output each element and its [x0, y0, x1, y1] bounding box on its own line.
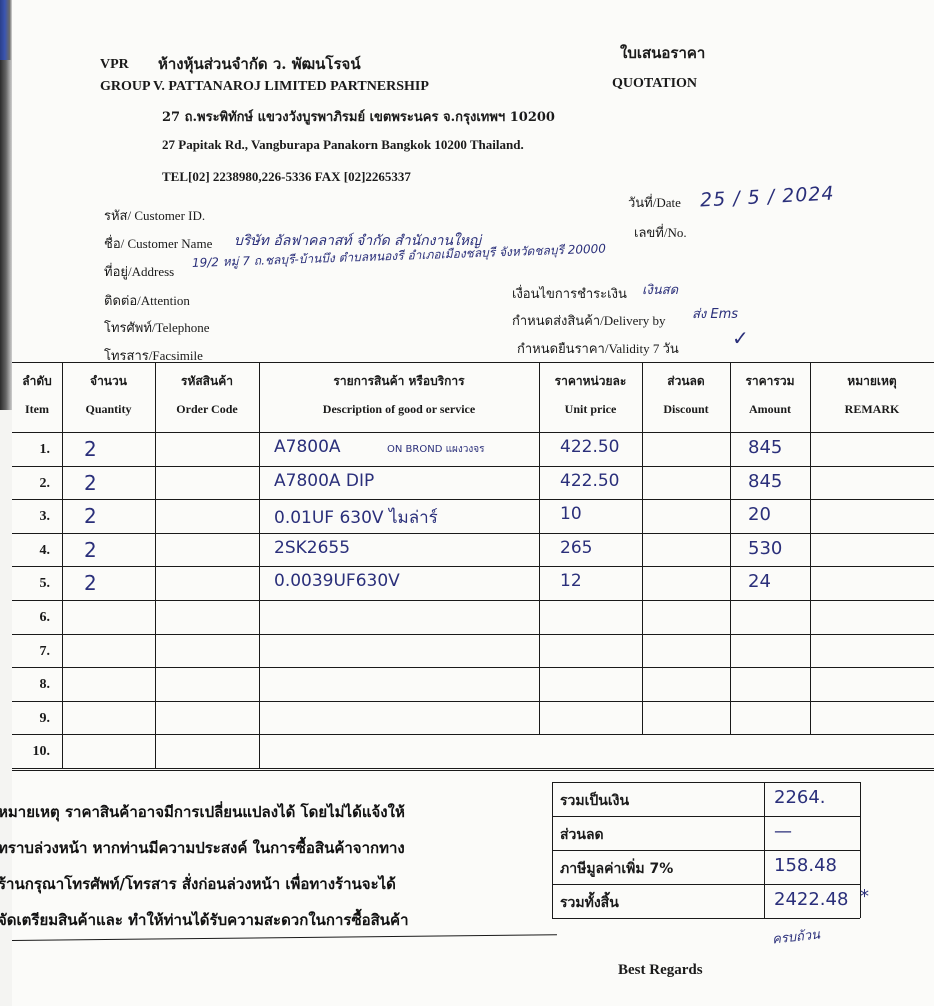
column-header-en: Discount — [642, 402, 730, 417]
row-amount: 845 — [748, 471, 782, 492]
row-amount: 530 — [748, 538, 782, 559]
row-description: A7800A DIP — [274, 471, 374, 491]
row-item-number: 3. — [0, 509, 50, 525]
payment-label: เงื่อนไขการชำระเงิน — [512, 283, 627, 304]
table-row-border — [12, 768, 934, 769]
attention-label: ติดต่อ/Attention — [104, 290, 190, 311]
date-value: 25 / 5 / 2024 — [700, 182, 836, 211]
note-line: ทราบล่วงหน้า หากท่านมีความประสงค์ ในการซ… — [0, 836, 405, 860]
scan-edge — [0, 0, 12, 410]
row-item-number: 6. — [0, 610, 50, 626]
summary-split-border — [764, 782, 765, 918]
column-header-th: ราคารวม — [730, 372, 810, 391]
company-address-th: 27 ถ.พระพิทักษ์ แขวงวังบูรพาภิรมย์ เขตพร… — [162, 106, 555, 127]
company-name-th: ห้างหุ้นส่วนจำกัด ว. พัฒนโรจน์ — [158, 52, 361, 76]
table-row — [12, 499, 934, 533]
row-quantity: 2 — [84, 571, 97, 595]
row-item-number: 10. — [0, 744, 50, 760]
document-title-th: ใบเสนอราคา — [620, 41, 705, 65]
row-description: 0.01UF 630V ไมล่าร์ — [274, 504, 438, 531]
table-row — [12, 667, 934, 701]
summary-row-border — [552, 884, 860, 885]
row-quantity: 2 — [84, 504, 97, 528]
row-item-number: 5. — [0, 576, 50, 592]
summary-left-border — [552, 782, 553, 918]
summary-label: ส่วนลด — [560, 824, 604, 846]
summary-value: 2422.48 — [774, 889, 848, 910]
row-item-number: 1. — [0, 442, 50, 458]
note-line: ร้านกรุณาโทรศัพท์/โทรสาร สั่งก่อนล่วงหน้… — [0, 872, 396, 896]
column-header-en: Unit price — [539, 402, 642, 417]
table-row — [12, 600, 934, 634]
summary-row-border — [552, 816, 860, 817]
row-unit-price: 10 — [560, 504, 582, 524]
telephone-label: โทรศัพท์/Telephone — [104, 317, 210, 338]
row-item-number: 7. — [0, 644, 50, 660]
row-description: 0.0039UF630V — [274, 571, 400, 591]
document-title-en: QUOTATION — [612, 76, 697, 92]
row-item-number: 2. — [0, 476, 50, 492]
row-description-note: ON BROND แผงวงจร — [387, 442, 485, 457]
table-row — [12, 634, 934, 668]
table-row — [12, 701, 934, 735]
handwritten-note: ครบถ้วน — [771, 924, 821, 950]
row-description: A7800A — [274, 437, 341, 457]
column-header-th: รหัสสินค้า — [155, 372, 259, 391]
table-row — [12, 734, 934, 768]
summary-value: — — [774, 821, 792, 842]
row-unit-price: 422.50 — [560, 471, 619, 491]
no-label: เลขที่/No. — [634, 222, 687, 243]
row-quantity: 2 — [84, 538, 97, 562]
note-line: หมายเหตุ ราคาสินค้าอาจมีการเปลี่ยนแปลงได… — [0, 800, 405, 824]
validity-check-icon: ✓ — [732, 326, 749, 350]
row-item-number: 9. — [0, 711, 50, 727]
row-unit-price: 265 — [560, 538, 592, 558]
customer-id-label: รหัส/ Customer ID. — [104, 205, 205, 226]
company-contact: TEL[02] 2238980,226-5336 FAX [02]2265337 — [162, 169, 411, 185]
column-header-th: รายการสินค้า หรือบริการ — [259, 372, 539, 391]
table-row — [12, 566, 934, 600]
date-label: วันที่/Date — [628, 192, 681, 213]
customer-name-label: ชื่อ/ Customer Name — [104, 233, 212, 254]
summary-row-border — [552, 782, 860, 783]
validity-label: กำหนดยืนราคา/Validity 7 วัน — [517, 338, 679, 359]
table-row — [12, 533, 934, 567]
column-header-th: ลำดับ — [12, 372, 62, 391]
summary-value: 158.48 — [774, 855, 837, 876]
company-abbr: VPR — [100, 57, 129, 73]
column-header-en: Amount — [730, 402, 810, 417]
summary-row-border — [552, 918, 860, 919]
row-description: 2SK2655 — [274, 538, 350, 558]
column-header-en: Quantity — [62, 402, 155, 417]
row-item-number: 8. — [0, 677, 50, 693]
column-header-en: Description of good or service — [259, 402, 539, 417]
column-header-th: ส่วนลด — [642, 372, 730, 391]
column-header-en: REMARK — [810, 402, 934, 417]
summary-label: รวมเป็นเงิน — [560, 790, 629, 812]
summary-label: รวมทั้งสิ้น — [560, 892, 619, 914]
summary-value: 2264. — [774, 787, 826, 808]
delivery-label: กำหนดส่งสินค้า/Delivery by — [512, 310, 666, 331]
company-name-en: GROUP V. PATTANAROJ LIMITED PARTNERSHIP — [100, 79, 429, 95]
row-amount: 845 — [748, 437, 782, 458]
customer-address-label: ที่อยู่/Address — [104, 261, 174, 282]
delivery-value: ส่ง Ems — [692, 303, 738, 324]
quotation-document: VPR ห้างหุ้นส่วนจำกัด ว. พัฒนโรจน์ GROUP… — [12, 0, 934, 1006]
summary-label: ภาษีมูลค่าเพิ่ม 7% — [560, 858, 673, 880]
column-header-th: จำนวน — [62, 372, 155, 391]
row-quantity: 2 — [84, 471, 97, 495]
row-unit-price: 422.50 — [560, 437, 619, 457]
company-address-en: 27 Papitak Rd., Vangburapa Panakorn Bang… — [162, 137, 524, 153]
note-divider — [12, 934, 557, 941]
row-item-number: 4. — [0, 543, 50, 559]
column-header-en: Order Code — [155, 402, 259, 417]
row-quantity: 2 — [84, 437, 97, 461]
summary-row-border — [552, 850, 860, 851]
row-unit-price: 12 — [560, 571, 582, 591]
row-amount: 24 — [748, 571, 771, 592]
column-header-en: Item — [12, 402, 62, 417]
total-mark: * — [860, 886, 869, 907]
payment-value: เงินสด — [642, 279, 678, 300]
note-line: จัดเตรียมสินค้าและ ทำให้ท่านได้รับความสะ… — [0, 908, 409, 932]
row-amount: 20 — [748, 504, 771, 525]
column-header-th: หมายเหตุ — [810, 372, 934, 391]
column-header-th: ราคาหน่วยละ — [539, 372, 642, 391]
table-bottom-border — [12, 770, 934, 771]
table-top-border — [12, 362, 934, 363]
table-row — [12, 466, 934, 500]
closing-text: Best Regards — [618, 962, 703, 979]
